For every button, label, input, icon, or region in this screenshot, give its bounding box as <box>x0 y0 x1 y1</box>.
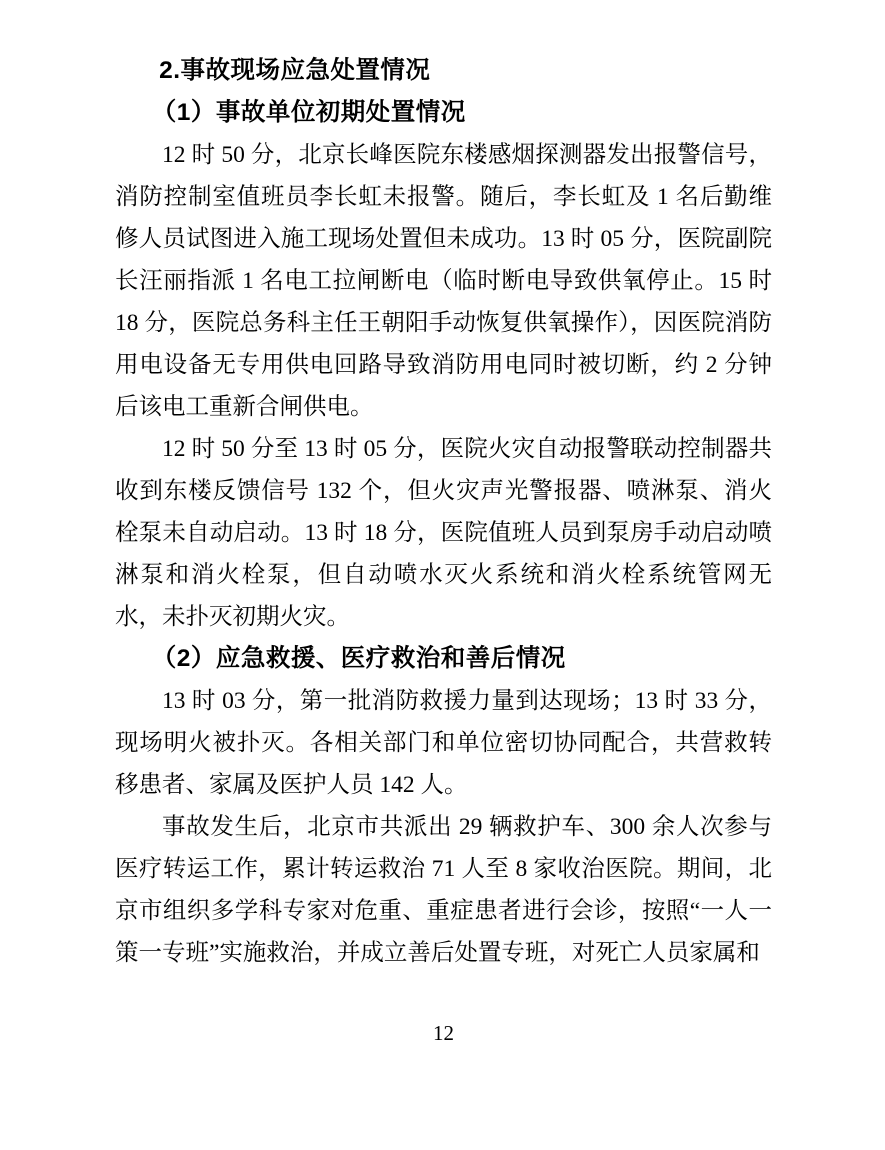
page-number: 12 <box>115 1018 772 1048</box>
subsection-2-paragraph-1: 13 时 03 分，第一批消防救援力量到达现场；13 时 33 分，现场明火被扑… <box>115 680 772 806</box>
document-content: 2.事故现场应急处置情况 （1）事故单位初期处置情况 12 时 50 分，北京长… <box>115 50 772 974</box>
subsection-1-paragraph-1: 12 时 50 分，北京长峰医院东楼感烟探测器发出报警信号，消防控制室值班员李长… <box>115 134 772 428</box>
section-heading: 2.事故现场应急处置情况 <box>115 50 772 92</box>
subsection-1-paragraph-2: 12 时 50 分至 13 时 05 分，医院火灾自动报警联动控制器共收到东楼反… <box>115 428 772 638</box>
subsection-2-heading: （2）应急救援、医疗救治和善后情况 <box>115 638 772 680</box>
subsection-1-heading: （1）事故单位初期处置情况 <box>115 92 772 134</box>
document-page: 2.事故现场应急处置情况 （1）事故单位初期处置情况 12 时 50 分，北京长… <box>0 0 885 1150</box>
subsection-2-paragraph-2: 事故发生后，北京市共派出 29 辆救护车、300 余人次参与医疗转运工作，累计转… <box>115 806 772 974</box>
